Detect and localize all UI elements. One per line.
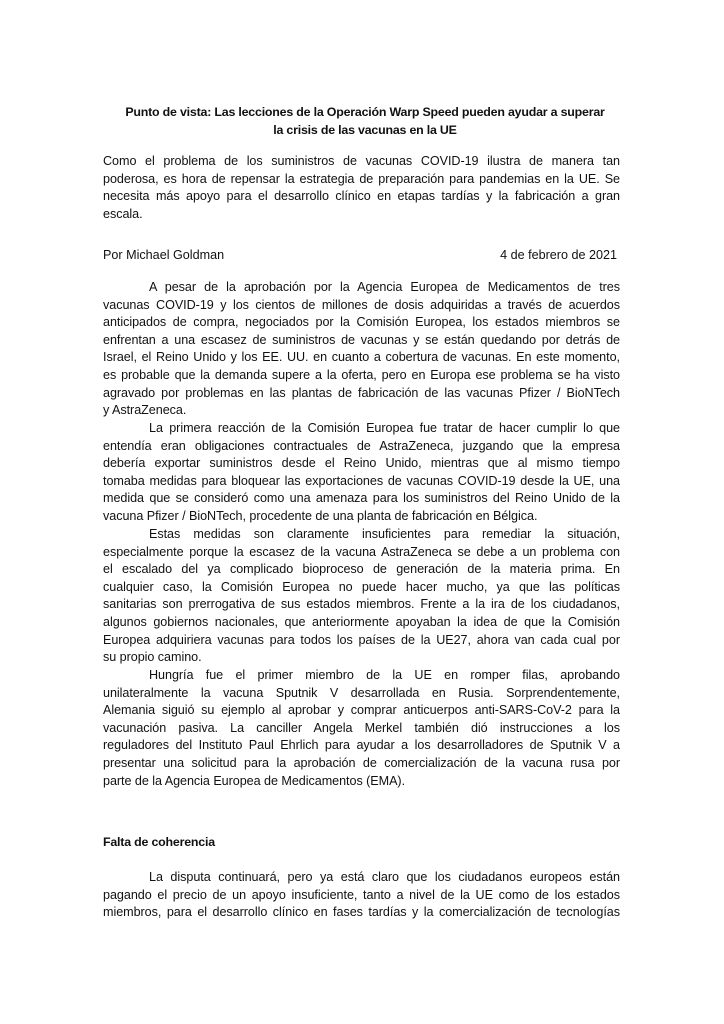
text-line: Como el problema de los suministros de v… — [103, 153, 620, 171]
text-line: es probable que la demanda supere a la o… — [103, 367, 620, 385]
text-line: Europea adquiriera vacunas para todos lo… — [103, 632, 620, 650]
publish-date: 4 de febrero de 2021 — [500, 247, 617, 265]
body-paragraph: La disputa continuará, pero ya está clar… — [103, 869, 620, 922]
text-line: miembros, para el desarrollo clínico en … — [103, 904, 620, 922]
byline: Por Michael Goldman 4 de febrero de 2021 — [103, 247, 617, 265]
lead-paragraph: Como el problema de los suministros de v… — [103, 153, 620, 223]
text-line: La disputa continuará, pero ya está clar… — [103, 869, 620, 887]
text-line: Israel, el Reino Unido y los EE. UU. en … — [103, 349, 620, 367]
text-line: vacuna Pfizer / BioNTech, procedente de … — [103, 508, 620, 526]
text-line: anticipados de compra, negociados por la… — [103, 314, 620, 332]
text-line: enfrentan a una escasez de suministros d… — [103, 332, 620, 350]
text-line: sanitarias son prerrogativa de sus estad… — [103, 596, 620, 614]
text-line: reguladores del Instituto Paul Ehrlich p… — [103, 737, 620, 755]
body-paragraph: La primera reacción de la Comisión Europ… — [103, 420, 620, 526]
body-paragraph: A pesar de la aprobación por la Agencia … — [103, 279, 620, 420]
text-line: poderosa, es hora de repensar la estrate… — [103, 171, 620, 189]
document-page: Punto de vista: Las lecciones de la Oper… — [0, 0, 724, 1024]
text-line: vacunación pasiva. La canciller Angela M… — [103, 720, 620, 738]
text-line: presentar una solicitud para la aprobaci… — [103, 755, 620, 773]
section-heading: Falta de coherencia — [103, 834, 215, 852]
text-line: necesita más apoyo para el desarrollo cl… — [103, 188, 620, 206]
text-line: pagando el precio de un apoyo insuficien… — [103, 887, 620, 905]
text-line: cualquier caso, la Comisión Europea no p… — [103, 579, 620, 597]
text-line: algunos gobiernos nacionales, que anteri… — [103, 614, 620, 632]
text-line: su propio camino. — [103, 649, 620, 667]
text-line: parte de la Agencia Europea de Medicamen… — [103, 773, 620, 791]
body-paragraph: Estas medidas son claramente insuficient… — [103, 526, 620, 667]
text-line: A pesar de la aprobación por la Agencia … — [103, 279, 620, 297]
text-line: tomaba medidas para bloquear las exporta… — [103, 473, 620, 491]
text-line: medida que se consideró como una amenaza… — [103, 490, 620, 508]
article-title: Punto de vista: Las lecciones de la Oper… — [100, 104, 630, 139]
title-line: Punto de vista: Las lecciones de la Oper… — [100, 104, 630, 122]
text-line: escala. — [103, 206, 620, 224]
text-line: vacunas COVID-19 y los cientos de millon… — [103, 297, 620, 315]
text-line: entendía eran obligaciones contractuales… — [103, 438, 620, 456]
text-line: Estas medidas son claramente insuficient… — [103, 526, 620, 544]
text-line: La primera reacción de la Comisión Europ… — [103, 420, 620, 438]
text-line: Alemania siguió su ejemplo al aprobar y … — [103, 702, 620, 720]
body-paragraph: Hungría fue el primer miembro de la UE e… — [103, 667, 620, 790]
text-line: agravado por problemas en las plantas de… — [103, 385, 620, 403]
text-line: debería exportar suministros desde el Re… — [103, 455, 620, 473]
text-line: unilateralmente la vacuna Sputnik V desa… — [103, 685, 620, 703]
text-line: Hungría fue el primer miembro de la UE e… — [103, 667, 620, 685]
text-line: especialmente porque la escasez de la va… — [103, 544, 620, 562]
text-line: y AstraZeneca. — [103, 402, 620, 420]
title-line: la crisis de las vacunas en la UE — [100, 122, 630, 140]
text-line: el escalado del ya complicado bioproceso… — [103, 561, 620, 579]
author: Por Michael Goldman — [103, 247, 224, 265]
